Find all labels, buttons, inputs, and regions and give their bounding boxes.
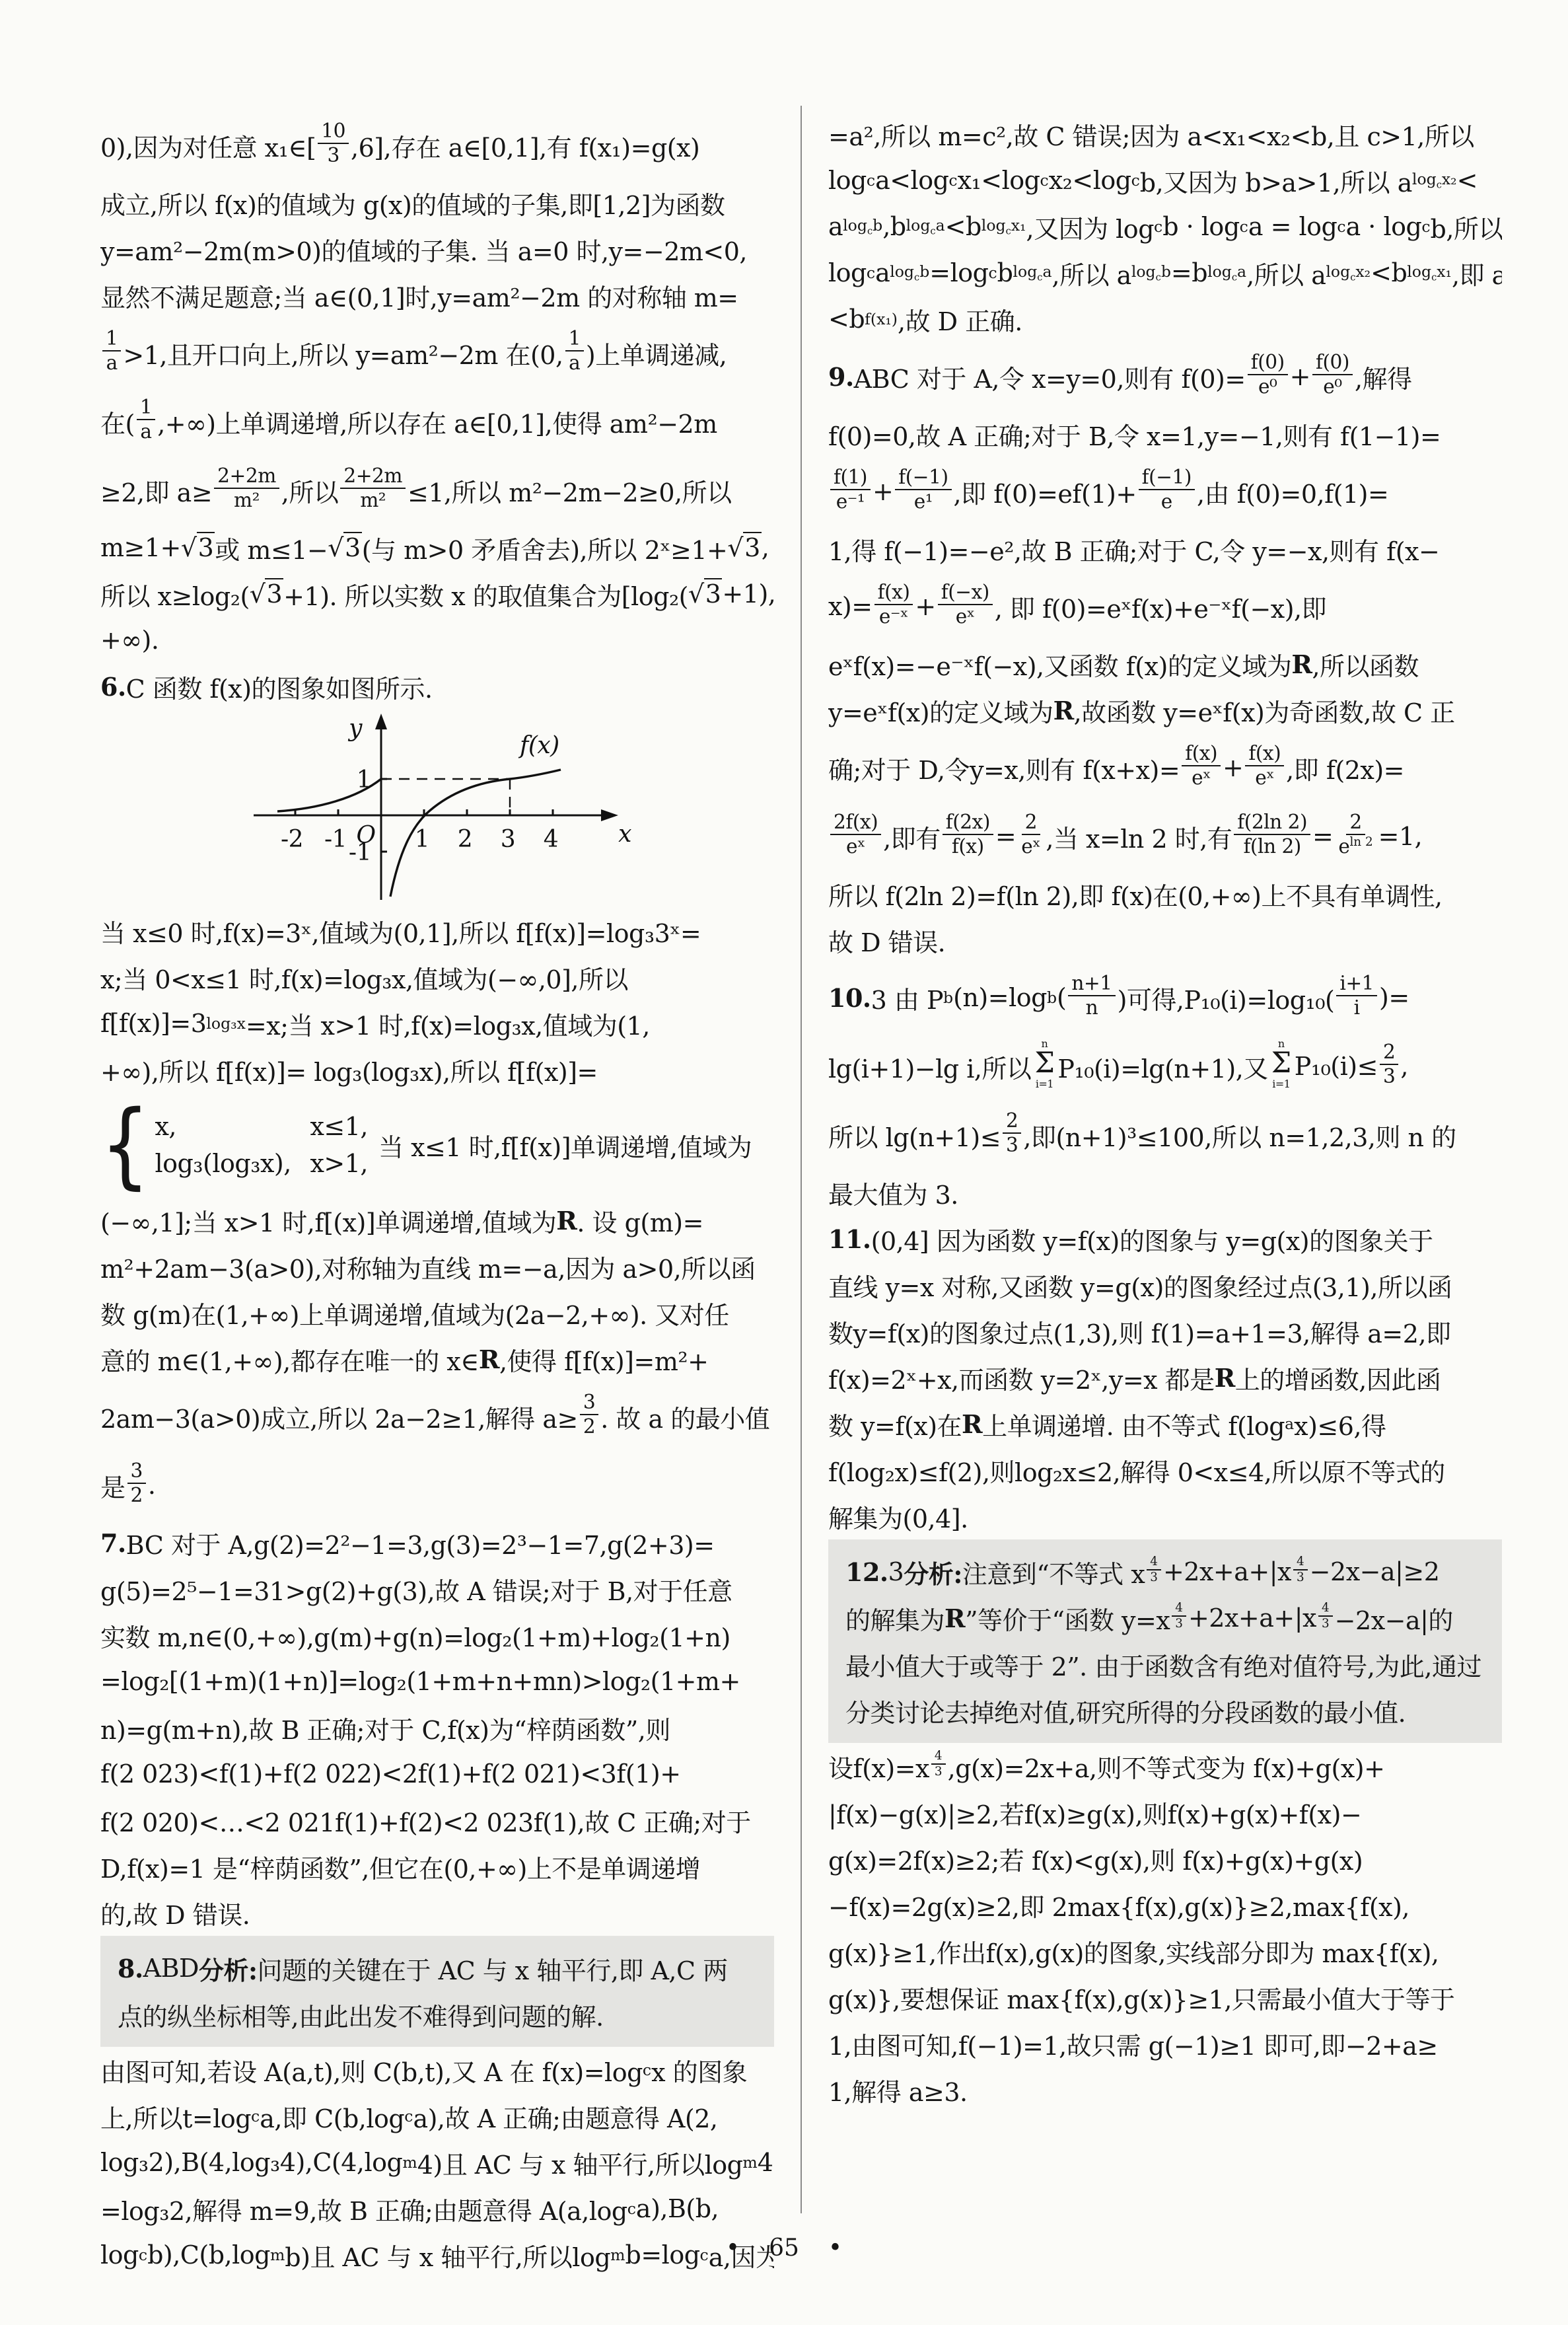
fraction: 23: [1003, 1109, 1021, 1157]
curve-label: f(x): [518, 732, 559, 759]
text-line: 确;对于 D,令y=x,则有 f(x+x)=f(x)eˣ+f(x)eˣ,即 f(…: [828, 733, 1502, 802]
summation: nΣi=1: [1271, 1038, 1291, 1089]
text-line: 所以 x≥log₂(√3+1). 所以实数 x 的取值集合为[log₂(√3+1…: [100, 571, 774, 617]
x-tick: 3: [501, 826, 515, 853]
x-tick: -1: [324, 826, 347, 853]
fraction: f(2ln 2)f(ln 2): [1234, 811, 1310, 858]
fraction: f(−1)e: [1139, 466, 1195, 513]
radical: √3: [688, 579, 722, 609]
text-line: f(2 023)<f(1)+f(2 022)<2f(1)+f(2 021)<3f…: [100, 1751, 774, 1797]
text-line: 1a>1,且开口向上,所以 y=am²−2m 在(0,1a)上单调递减,: [100, 318, 774, 387]
text-line: =log₃2,解得 m=9,故 B 正确;由题意得 A(a,logca),B(b…: [100, 2186, 774, 2232]
fraction: 23: [1380, 1041, 1398, 1088]
fraction: f(−1)e¹: [895, 466, 951, 513]
fraction: 2eln 2: [1335, 811, 1376, 858]
fraction: 43: [1293, 1555, 1308, 1584]
fraction: 43: [931, 1749, 946, 1779]
fraction: 2+2mm²: [340, 464, 406, 512]
text-line: 所以 lg(n+1)≤23,即(n+1)³≤100,所以 n=1,2,3,则 n…: [828, 1101, 1502, 1169]
x-tick: -2: [281, 826, 303, 853]
fraction: f(−x)eˣ: [938, 581, 993, 628]
footer-dot-right: •: [828, 2234, 842, 2262]
text-line: 数 g(m)在(1,+∞)上单调递增,值域为(2a−2,+∞). 又对任: [100, 1290, 774, 1336]
text-line: eˣf(x)=−e⁻ˣf(−x),又函数 f(x)的定义域为 R,所以函数: [828, 641, 1502, 687]
analysis-box-line: 最小值大于或等于 2”. 由于函数含有绝对值符号,为此,通过: [828, 1641, 1502, 1687]
text-line: D,f(x)=1 是“梓荫函数”,但它在(0,+∞)上不是单调递增: [100, 1843, 774, 1890]
radical: √3: [328, 533, 361, 562]
footer-dot-left: •: [726, 2234, 740, 2262]
text-line: 11. (0,4] 因为函数 y=f(x)的图象与 y=g(x)的图象关于: [828, 1216, 1502, 1262]
text-line: 在(1a,+∞)上单调递增,所以存在 a∈[0,1],使得 am²−2m: [100, 387, 774, 456]
text-line: g(x)},要想保证 max{f(x),g(x)}≥1,只需最小值大于等于: [828, 1974, 1502, 2020]
y-axis-label: y: [347, 715, 363, 742]
fraction: 43: [1147, 1555, 1161, 1584]
text-line: g(x)}≥1,作出f(x),g(x)的图象,实线部分即为 max{f(x),: [828, 1928, 1502, 1974]
text-line: f(log₂x)≤f(2),则log₂x≤2,解得 0<x≤4,所以原不等式的: [828, 1447, 1502, 1493]
right-column: =a²,所以 m=c²,故 C 错误;因为 a<x₁<x₂<b,且 c>1,所以…: [828, 111, 1502, 2113]
text-line: f(2 020)<…<2 021f(1)+f(2)<2 023f(1),故 C …: [100, 1797, 774, 1843]
text-line: <bf(x₁),故 D 正确.: [828, 296, 1502, 342]
fraction: f(x)eˣ: [1182, 742, 1221, 790]
column-divider: [801, 106, 802, 2213]
text-line: 数y=f(x)的图象过点(1,3),则 f(1)=a+1=3,解得 a=2,即: [828, 1308, 1502, 1354]
text-line: |f(x)−g(x)|≥2,若f(x)≥g(x),则f(x)+g(x)+f(x)…: [828, 1789, 1502, 1835]
text-line: 0),因为对任意 x₁∈[103,6],存在 a∈[0,1],有 f(x₁)=g…: [100, 111, 774, 180]
text-line: y=am²−2m(m>0)的值域的子集. 当 a=0 时,y=−2m<0,: [100, 226, 774, 272]
text-line: +∞).: [100, 617, 774, 663]
y-axis-arrow: [375, 714, 387, 729]
fraction: 1a: [565, 327, 584, 375]
x-tick: 2: [458, 826, 472, 853]
summation: nΣi=1: [1034, 1038, 1054, 1089]
fraction: f(0)e⁰: [1312, 351, 1353, 398]
fraction: f(x)eˣ: [1245, 742, 1284, 790]
text-line: 成立,所以 f(x)的值域为 g(x)的值域的子集,即[1,2]为函数: [100, 180, 774, 226]
text-line: 1,由图可知,f(−1)=1,故只需 g(−1)≥1 即可,即−2+a≥: [828, 2020, 1502, 2067]
analysis-box-line: 点的纵坐标相等,由此出发不难得到问题的解.: [100, 1991, 774, 2047]
text-line: 最大值为 3.: [828, 1169, 1502, 1216]
x-axis-arrow: [601, 809, 618, 821]
figure-container: y x O f(x) -2 -1 1 2 3 4 1 -1: [100, 710, 774, 908]
piecewise-cases: {x,x≤1,log₃(log₃x),x>1,: [100, 1106, 368, 1184]
x-tick: 4: [544, 826, 558, 853]
fraction: f(x)e⁻ˣ: [874, 581, 913, 628]
text-line: m²+2am−3(a>0),对称轴为直线 m=−a,因为 a>0,所以函: [100, 1243, 774, 1290]
text-line: lg(i+1)−lg i,所以nΣi=1P₁₀(i)=lg(n+1),又nΣi=…: [828, 1032, 1502, 1101]
text-line: 数 y=f(x)在 R 上单调递增. 由不等式 f(logax)≤6,得: [828, 1401, 1502, 1447]
text-line: 10. 3 由 Pb(n)=logb(n+1n)可得,P₁₀(i)=log₁₀(…: [828, 963, 1502, 1032]
text-line: −f(x)=2g(x)≥2,即 2max{f(x),g(x)}≥2,max{f(…: [828, 1882, 1502, 1928]
text-line: =a²,所以 m=c²,故 C 错误;因为 a<x₁<x₂<b,且 c>1,所以: [828, 111, 1502, 157]
text-line: g(x)=2f(x)≥2;若 f(x)<g(x),则 f(x)+g(x)+g(x…: [828, 1835, 1502, 1882]
text-line: x;当 0<x≤1 时,f(x)=log₃x,值域为(−∞,0],所以: [100, 954, 774, 1000]
fraction: 43: [1172, 1601, 1186, 1631]
function-graph: y x O f(x) -2 -1 1 2 3 4 1 -1: [239, 710, 635, 908]
radical: √3: [181, 533, 215, 562]
text-line: 1,得 f(−1)=−e²,故 B 正确;对于 C,令 y=−x,则有 f(x−: [828, 526, 1502, 572]
text-line: logcalogcb=logcblogca,所以 alogcb=blogca,所…: [828, 250, 1502, 296]
text-line: n)=g(m+n),故 B 正确;对于 C,f(x)为“梓荫函数”,则: [100, 1705, 774, 1751]
text-line: f[f(x)]=3log₃x=x;当 x>1 时,f(x)=log₃x,值域为(…: [100, 1000, 774, 1047]
text-line: 2am−3(a>0)成立,所以 2a−2≥1,解得 a≥32. 故 a 的最小值: [100, 1382, 774, 1451]
x-tick: 1: [415, 826, 429, 853]
fraction: 32: [127, 1459, 146, 1507]
text-line: 直线 y=x 对称,又函数 y=g(x)的图象经过点(3,1),所以函: [828, 1262, 1502, 1308]
left-column: 0),因为对任意 x₁∈[103,6],存在 a∈[0,1],有 f(x₁)=g…: [100, 111, 774, 2278]
text-line: g(5)=2⁵−1=31>g(2)+g(3),故 A 错误;对于 B,对于任意: [100, 1566, 774, 1612]
text-line: alogcb,blogca<blogcx₁,又因为 logcb · logca …: [828, 203, 1502, 250]
text-line: logca<logcx₁<logcx₂<logcb,又因为 b>a>1,所以 a…: [828, 157, 1502, 203]
fraction: 2f(x)eˣ: [830, 811, 881, 858]
text-line: 当 x≤0 时,f(x)=3ˣ,值域为(0,1],所以 f[f(x)]=log₃…: [100, 908, 774, 954]
analysis-box-line: 分类讨论去掉绝对值,研究所得的分段函数的最小值.: [828, 1687, 1502, 1743]
x-axis-label: x: [618, 821, 631, 848]
radical: √3: [250, 579, 283, 609]
fraction: n+1n: [1068, 972, 1115, 1019]
fraction: 43: [1318, 1601, 1333, 1631]
text-line: =log₂[(1+m)(1+n)]=log₂(1+m+n+mn)>log₂(1+…: [100, 1658, 774, 1705]
text-line: (−∞,1];当 x>1 时,f[(x)]单调递增,值域为 R. 设 g(m)=: [100, 1197, 774, 1243]
text-line: 6. C 函数 f(x)的图象如图所示.: [100, 663, 774, 710]
fraction: f(1)e⁻¹: [830, 466, 871, 513]
text-line: 设f(x)=x43,g(x)=2x+a,则不等式变为 f(x)+g(x)+: [828, 1743, 1502, 1789]
text-line: 9. ABC 对于 A,令 x=y=0,则有 f(0)=f(0)e⁰+f(0)e…: [828, 342, 1502, 411]
text-line: y=eˣf(x)的定义域为 R,故函数 y=eˣf(x)为奇函数,故 C 正: [828, 687, 1502, 733]
text-line: ≥2,即 a≥2+2mm²,所以2+2mm²≤1,所以 m²−2m−2≥0,所以: [100, 456, 774, 525]
text-line: 7. BC 对于 A,g(2)=2²−1=3,g(3)=2³−1=7,g(2+3…: [100, 1520, 774, 1566]
fraction: i+1i: [1336, 972, 1377, 1019]
text-line: 是32.: [100, 1451, 774, 1520]
y-tick: -1: [349, 839, 371, 866]
text-line: 由图可知,若设 A(a,t),则 C(b,t),又 A 在 f(x)=logcx…: [100, 2047, 774, 2093]
radical: √3: [727, 533, 761, 562]
text-line: 解集为(0,4].: [828, 1493, 1502, 1539]
text-line: 2f(x)eˣ,即有f(2x)f(x)=2eˣ,当 x=ln 2 时,有f(2l…: [828, 802, 1502, 871]
text-line: 故 D 错误.: [828, 917, 1502, 963]
analysis-box-line: 12. 3 分析:注意到“不等式 x43+2x+a+|x43−2x−a|≥2: [828, 1539, 1502, 1595]
fraction: 2eˣ: [1018, 811, 1044, 858]
page: 0),因为对任意 x₁∈[103,6],存在 a∈[0,1],有 f(x₁)=g…: [0, 0, 1568, 2325]
text-line: 所以 f(2ln 2)=f(ln 2),即 f(x)在(0,+∞)上不具有单调性…: [828, 871, 1502, 917]
y-tick: 1: [357, 766, 371, 793]
text-line: 1,解得 a≥3.: [828, 2067, 1502, 2113]
fraction: 2+2mm²: [214, 464, 279, 512]
text-line: 实数 m,n∈(0,+∞),g(m)+g(n)=log₂(1+m)+log₂(1…: [100, 1612, 774, 1658]
text-line: {x,x≤1,log₃(log₃x),x>1,当 x≤1 时,f[f(x)]单调…: [100, 1093, 774, 1197]
page-footer: •65•: [0, 2234, 1568, 2262]
text-line: 显然不满足题意;当 a∈(0,1]时,y=am²−2m 的对称轴 m=: [100, 272, 774, 318]
text-line: f(1)e⁻¹+f(−1)e¹,即 f(0)=ef(1)+f(−1)e,由 f(…: [828, 457, 1502, 526]
text-line: 意的 m∈(1,+∞),都存在唯一的 x∈R,使得 f[f(x)]=m²+: [100, 1336, 774, 1382]
analysis-box-line: 的解集为 R”等价于“函数 y=x43+2x+a+|x43−2x−a|的: [828, 1595, 1502, 1641]
text-line: 上,所以t=logca,即 C(b,logca),故 A 正确;由题意得 A(2…: [100, 2093, 774, 2139]
fraction: 103: [318, 120, 349, 167]
analysis-box-line: 8. ABD 分析:问题的关键在于 AC 与 x 轴平行,即 A,C 两: [100, 1936, 774, 1991]
text-line: f(0)=0,故 A 正确;对于 B,令 x=1,y=−1,则有 f(1−1)=: [828, 411, 1502, 457]
fraction: f(0)e⁰: [1248, 351, 1288, 398]
fraction: 32: [580, 1391, 598, 1438]
fraction: 1a: [102, 327, 121, 375]
page-number: 65: [769, 2234, 799, 2262]
text-line: m≥1+√3或 m≤1−√3(与 m>0 矛盾舍去),所以 2ˣ≥1+√3,: [100, 525, 774, 571]
text-line: x)=f(x)e⁻ˣ+f(−x)eˣ, 即 f(0)=eˣf(x)+e⁻ˣf(−…: [828, 572, 1502, 641]
text-line: f(x)=2ˣ+x,而函数 y=2ˣ,y=x 都是 R 上的增函数,因此函: [828, 1354, 1502, 1401]
text-line: 的,故 D 错误.: [100, 1890, 774, 1936]
fraction: 1a: [137, 396, 155, 443]
fraction: f(2x)f(x): [943, 811, 993, 858]
text-line: log₃2),B(4,log₃4),C(4,logm4)且 AC 与 x 轴平行…: [100, 2139, 774, 2186]
dashed-guides: [381, 779, 510, 815]
text-line: +∞),所以 f[f(x)]= log₃(log₃x),所以 f[f(x)]=: [100, 1047, 774, 1093]
